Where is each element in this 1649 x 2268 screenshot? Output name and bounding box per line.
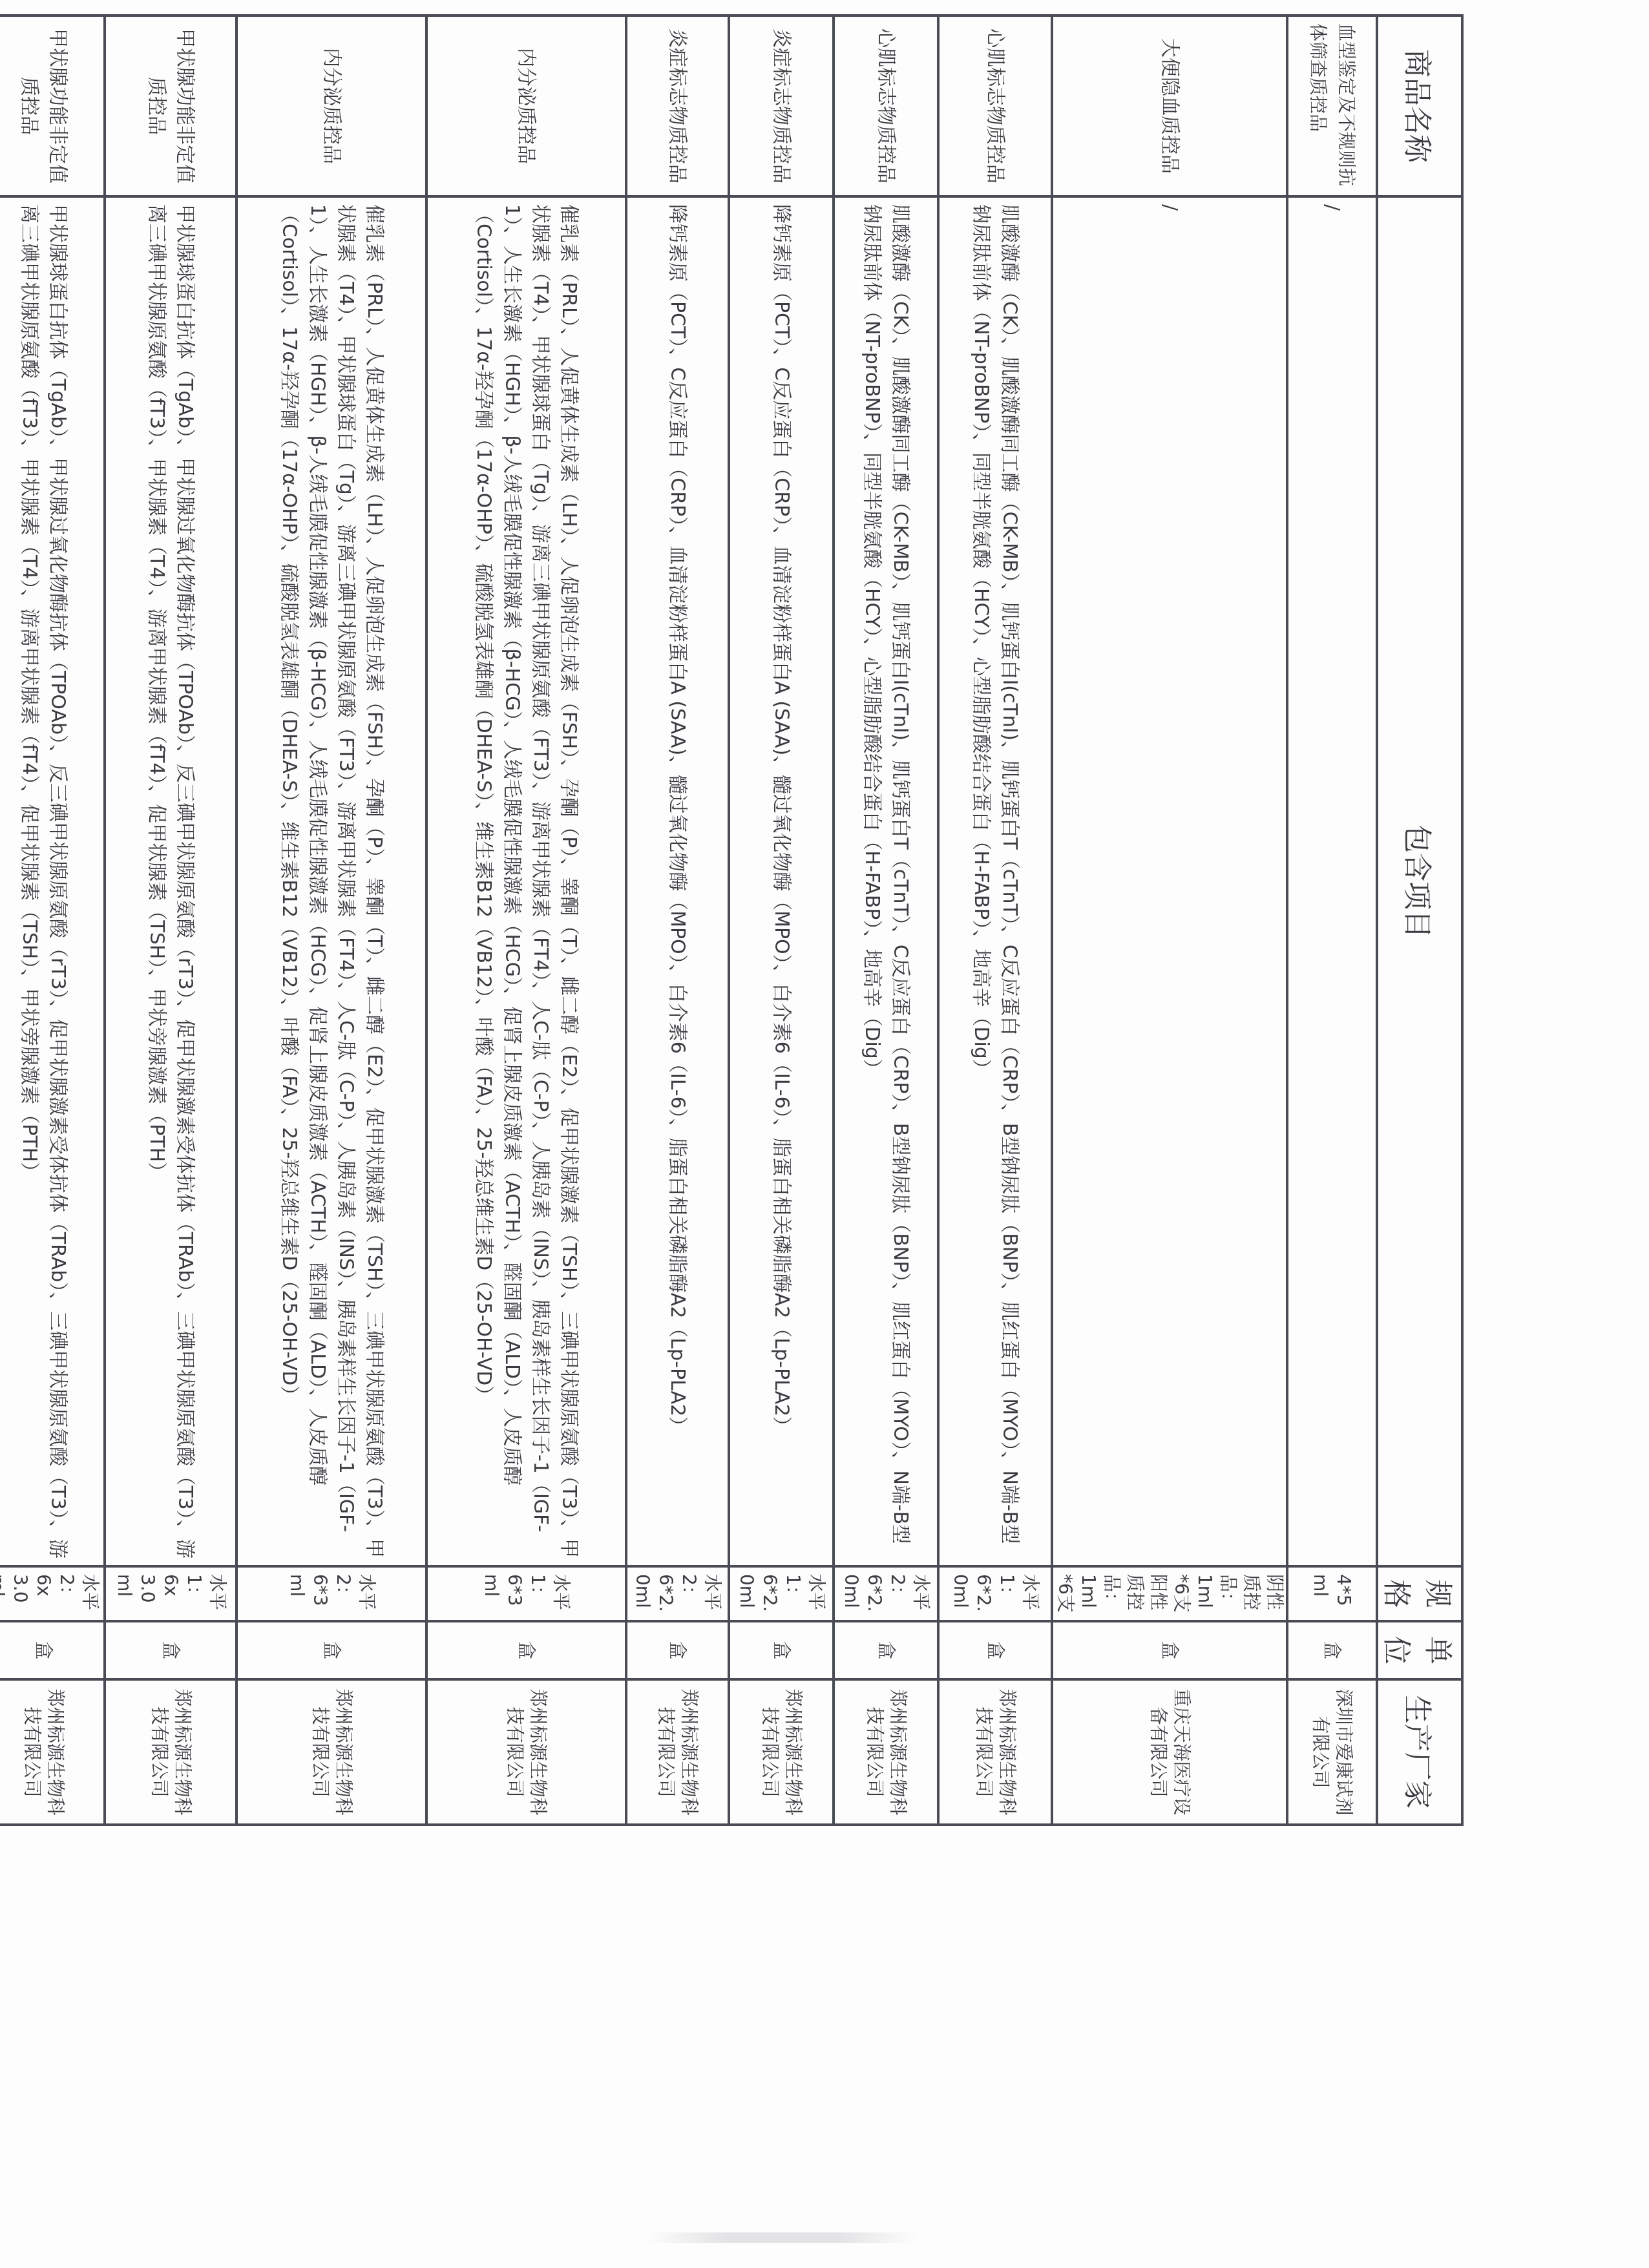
rotated-document: 商品名称 包含项目 规格 单位 生产厂家 血型鉴定及不规则抗体筛查质控品 / 4…	[0, 0, 1649, 2268]
included-items: /	[1052, 196, 1287, 1566]
table-row: 大便隐血质控品 / 阴性质控品：1ml*6支 阳性质控品：1ml*6支 盒 重庆…	[1052, 16, 1287, 1825]
included-items: 甲状腺球蛋白抗体（TgAb）、甲状腺过氧化物酶抗体（TPOAb）、反三碘甲状腺原…	[0, 196, 105, 1566]
unit: 盒	[0, 1621, 105, 1679]
table-row: 内分泌质控品 催乳素（PRL）、人促黄体生成素（LH）、人促卵泡生成素（FSH）…	[236, 16, 426, 1825]
manufacturer: 郑州标源生物科技有限公司	[626, 1679, 729, 1825]
manufacturer: 郑州标源生物科技有限公司	[426, 1679, 626, 1825]
header-included-items: 包含项目	[1377, 196, 1462, 1566]
table-row: 炎症标志物质控品 降钙素原（PCT）、C反应蛋白（CRP）、血清淀粉样蛋白A (…	[626, 16, 729, 1825]
manufacturer: 郑州标源生物科技有限公司	[0, 1679, 105, 1825]
product-name: 炎症标志物质控品	[729, 16, 834, 196]
spec: 水平1：6*3ml	[426, 1566, 626, 1621]
product-name: 内分泌质控品	[426, 16, 626, 196]
header-row: 商品名称 包含项目 规格 单位 生产厂家	[1377, 16, 1462, 1825]
scan-artifact	[646, 2232, 918, 2243]
manufacturer: 深圳市爱康试剂有限公司	[1287, 1679, 1377, 1825]
scanned-page: 商品名称 包含项目 规格 单位 生产厂家 血型鉴定及不规则抗体筛查质控品 / 4…	[0, 0, 1649, 2268]
header-spec: 规格	[1377, 1566, 1462, 1621]
product-name: 内分泌质控品	[236, 16, 426, 196]
unit: 盒	[1052, 1621, 1287, 1679]
unit: 盒	[236, 1621, 426, 1679]
spec: 水平1：6*2.0ml	[729, 1566, 834, 1621]
table-row: 心肌标志物质控品 肌酸激酶（CK）、肌酸激酶同工酶（CK-MB）、肌钙蛋白I(c…	[938, 16, 1052, 1825]
unit: 盒	[938, 1621, 1052, 1679]
unit: 盒	[626, 1621, 729, 1679]
header-manufacturer: 生产厂家	[1377, 1679, 1462, 1825]
table-row: 心肌标志物质控品 肌酸激酶（CK）、肌酸激酶同工酶（CK-MB）、肌钙蛋白I(c…	[834, 16, 938, 1825]
product-name: 甲状腺功能非定值质控品	[0, 16, 105, 196]
product-name: 心肌标志物质控品	[834, 16, 938, 196]
unit: 盒	[834, 1621, 938, 1679]
included-items: 甲状腺球蛋白抗体（TgAb）、甲状腺过氧化物酶抗体（TPOAb）、反三碘甲状腺原…	[105, 196, 236, 1566]
unit: 盒	[1287, 1621, 1377, 1679]
included-items: 降钙素原（PCT）、C反应蛋白（CRP）、血清淀粉样蛋白A (SAA)、髓过氧化…	[729, 196, 834, 1566]
header-product-name: 商品名称	[1377, 16, 1462, 196]
included-items: 肌酸激酶（CK）、肌酸激酶同工酶（CK-MB）、肌钙蛋白I(cTnI)、肌钙蛋白…	[834, 196, 938, 1566]
manufacturer: 郑州标源生物科技有限公司	[729, 1679, 834, 1825]
included-items: 肌酸激酶（CK）、肌酸激酶同工酶（CK-MB）、肌钙蛋白I(cTnI)、肌钙蛋白…	[938, 196, 1052, 1566]
product-name: 心肌标志物质控品	[938, 16, 1052, 196]
manufacturer: 郑州标源生物科技有限公司	[938, 1679, 1052, 1825]
spec: 水平2：6*2.0ml	[626, 1566, 729, 1621]
product-name: 血型鉴定及不规则抗体筛查质控品	[1287, 16, 1377, 196]
spec: 阴性质控品：1ml*6支 阳性质控品：1ml*6支	[1052, 1566, 1287, 1621]
spec: 水平2：6x3.0ml	[0, 1566, 105, 1621]
product-name: 大便隐血质控品	[1052, 16, 1287, 196]
unit: 盒	[105, 1621, 236, 1679]
table-row: 甲状腺功能非定值质控品 甲状腺球蛋白抗体（TgAb）、甲状腺过氧化物酶抗体（TP…	[105, 16, 236, 1825]
header-unit: 单位	[1377, 1621, 1462, 1679]
table-row: 甲状腺功能非定值质控品 甲状腺球蛋白抗体（TgAb）、甲状腺过氧化物酶抗体（TP…	[0, 16, 105, 1825]
manufacturer: 郑州标源生物科技有限公司	[834, 1679, 938, 1825]
spec: 水平2：6*2.0ml	[834, 1566, 938, 1621]
unit: 盒	[729, 1621, 834, 1679]
table-row: 内分泌质控品 催乳素（PRL）、人促黄体生成素（LH）、人促卵泡生成素（FSH）…	[426, 16, 626, 1825]
product-name: 甲状腺功能非定值质控品	[105, 16, 236, 196]
manufacturer: 郑州标源生物科技有限公司	[105, 1679, 236, 1825]
included-items: 降钙素原（PCT）、C反应蛋白（CRP）、血清淀粉样蛋白A (SAA)、髓过氧化…	[626, 196, 729, 1566]
spec: 水平1：6*2.0ml	[938, 1566, 1052, 1621]
included-items: 催乳素（PRL）、人促黄体生成素（LH）、人促卵泡生成素（FSH）、孕酮（P）、…	[236, 196, 426, 1566]
product-table: 商品名称 包含项目 规格 单位 生产厂家 血型鉴定及不规则抗体筛查质控品 / 4…	[0, 14, 1464, 1826]
table-row: 血型鉴定及不规则抗体筛查质控品 / 4*5ml 盒 深圳市爱康试剂有限公司	[1287, 16, 1377, 1825]
product-name: 炎症标志物质控品	[626, 16, 729, 196]
spec: 水平1：6x3.0ml	[105, 1566, 236, 1621]
included-items: 催乳素（PRL）、人促黄体生成素（LH）、人促卵泡生成素（FSH）、孕酮（P）、…	[426, 196, 626, 1566]
manufacturer: 郑州标源生物科技有限公司	[236, 1679, 426, 1825]
spec: 水平2：6*3ml	[236, 1566, 426, 1621]
unit: 盒	[426, 1621, 626, 1679]
included-items: /	[1287, 196, 1377, 1566]
table-row: 炎症标志物质控品 降钙素原（PCT）、C反应蛋白（CRP）、血清淀粉样蛋白A (…	[729, 16, 834, 1825]
spec: 4*5ml	[1287, 1566, 1377, 1621]
manufacturer: 重庆天海医疗设备有限公司	[1052, 1679, 1287, 1825]
